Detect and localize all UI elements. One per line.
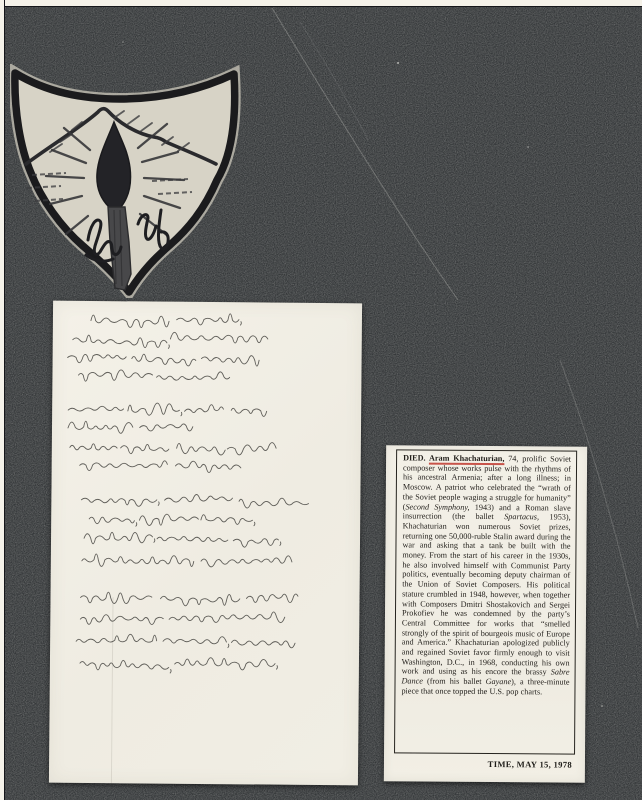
handwritten-line xyxy=(177,443,226,455)
handwritten-line xyxy=(231,408,266,416)
handwritten-line xyxy=(233,538,281,547)
handwritten-line xyxy=(128,403,182,416)
handwritten-line xyxy=(175,461,240,473)
handwritten-line xyxy=(177,313,242,325)
handwritten-line xyxy=(201,515,255,526)
handwritten-line xyxy=(163,636,229,647)
handwritten-line xyxy=(201,555,292,568)
handwritten-line xyxy=(68,421,133,433)
handwritten-line xyxy=(185,404,224,412)
handwritten-line xyxy=(175,657,278,670)
handwritten-line xyxy=(78,370,152,382)
handwritten-line xyxy=(201,355,259,366)
handwritten-line xyxy=(121,444,169,454)
handwritten-line xyxy=(239,498,309,509)
handwritten-line xyxy=(76,634,157,643)
handwritten-line xyxy=(80,460,168,471)
handwritten-line xyxy=(157,371,230,380)
handwritten-line xyxy=(169,611,285,623)
handwritten-line xyxy=(170,332,267,343)
handwritten-line xyxy=(140,424,193,432)
handwritten-line xyxy=(81,498,159,506)
obituary-text: DIED. Aram Khachaturian, 74, prolific So… xyxy=(401,453,571,697)
handwritten-line xyxy=(89,517,137,526)
scan-edge-top xyxy=(0,0,642,7)
handwritten-line xyxy=(231,640,295,648)
handwritten-note xyxy=(49,301,362,786)
handwritten-line xyxy=(227,442,276,455)
handwritten-line xyxy=(132,354,196,366)
handwritten-line xyxy=(139,514,198,526)
scrapbook-page: DIED. Aram Khachaturian, 74, prolific So… xyxy=(0,0,642,800)
newspaper-clipping: DIED. Aram Khachaturian, 74, prolific So… xyxy=(384,445,587,782)
handwriting-strokes xyxy=(49,301,362,786)
handwritten-line xyxy=(246,594,298,603)
handwritten-line xyxy=(165,494,233,502)
handwritten-line xyxy=(82,554,194,567)
handwritten-line xyxy=(91,315,169,328)
handwritten-line xyxy=(80,592,151,604)
handwritten-line xyxy=(157,536,228,541)
handwritten-line xyxy=(80,615,163,625)
clipping-source: TIME, MAY 15, 1978 xyxy=(488,759,572,770)
scan-edge-left xyxy=(0,0,5,800)
armenian-shield-patch xyxy=(10,64,242,298)
handwritten-line xyxy=(73,335,170,348)
handwritten-line xyxy=(84,532,155,544)
handwritten-line xyxy=(68,406,123,411)
handwritten-line xyxy=(70,444,117,451)
handwritten-line xyxy=(80,660,171,673)
handwritten-line xyxy=(160,594,239,606)
obituary-box: DIED. Aram Khachaturian, 74, prolific So… xyxy=(394,449,577,754)
handwritten-line xyxy=(68,354,127,363)
